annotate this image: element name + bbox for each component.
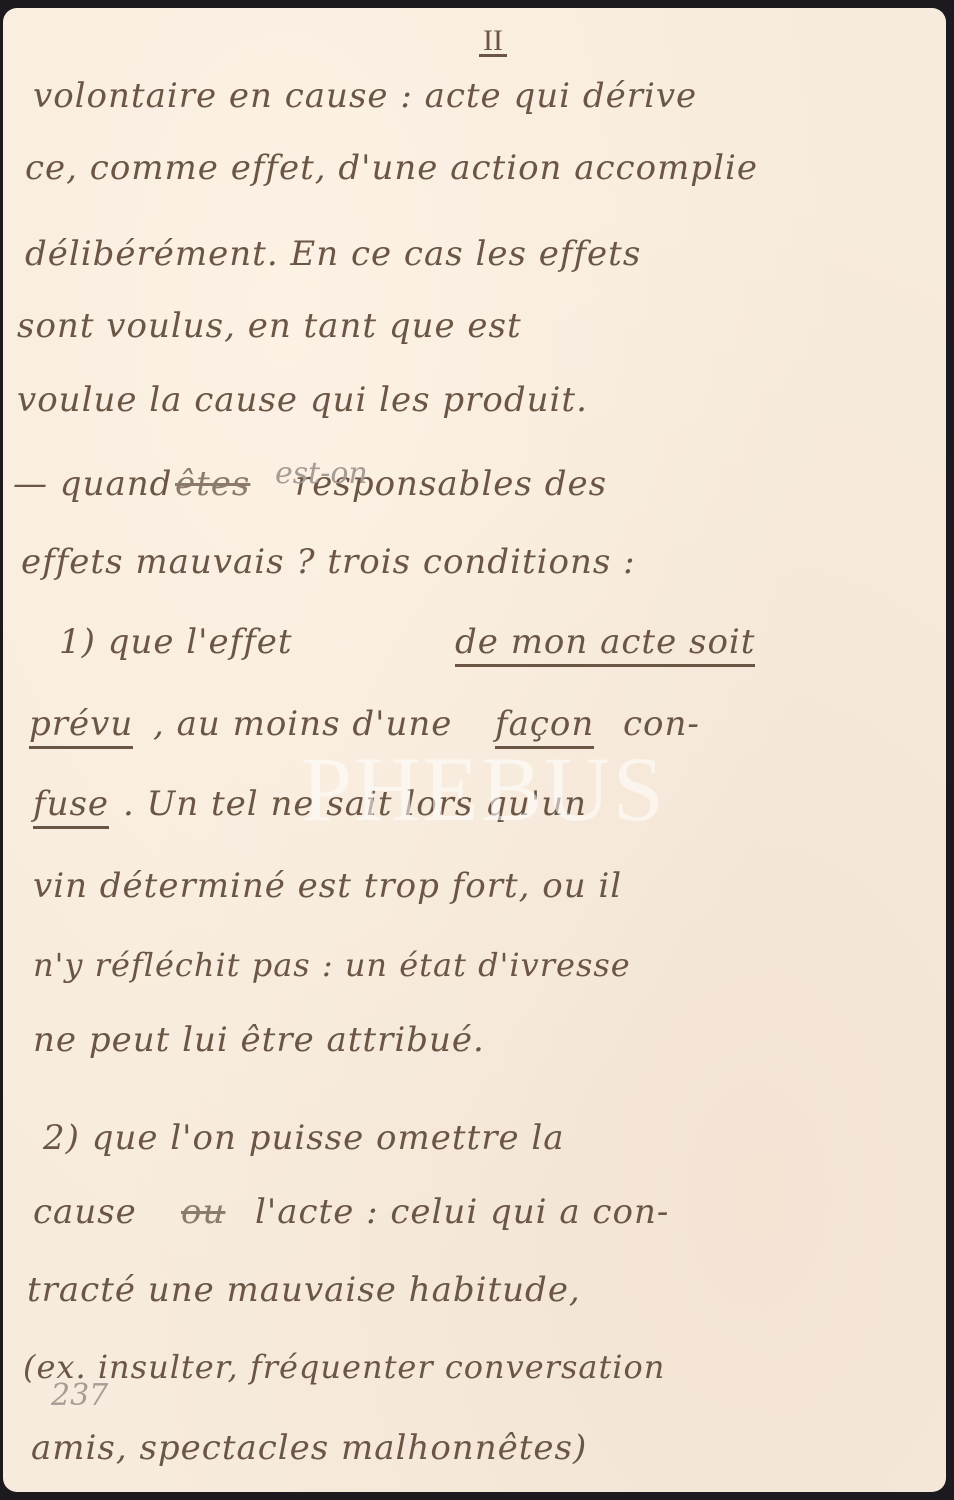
handwritten-line: (ex. insulter, fréquenter conversation bbox=[23, 1348, 665, 1386]
manuscript-card: II volontaire en cause : acte qui dérive… bbox=[3, 8, 946, 1492]
handwritten-line: 1) que l'effet bbox=[59, 622, 293, 662]
page-number-heading: II bbox=[479, 28, 507, 57]
handwritten-line: ce, comme effet, d'une action accomplie bbox=[25, 148, 758, 188]
struck-word: ou bbox=[181, 1192, 225, 1232]
underlined-phrase: prévu bbox=[29, 704, 133, 749]
handwritten-line: — quand bbox=[13, 464, 172, 504]
handwritten-line: voulue la cause qui les produit. bbox=[17, 380, 588, 420]
handwritten-line: con- bbox=[623, 704, 700, 744]
handwritten-line: l'acte : celui qui a con- bbox=[255, 1192, 669, 1232]
insertion-above-line: est-on bbox=[275, 456, 368, 491]
underlined-phrase: façon bbox=[495, 704, 594, 749]
margin-pencil-number: 237 bbox=[51, 1378, 108, 1413]
handwritten-line: 2) que l'on puisse omettre la bbox=[43, 1118, 565, 1158]
handwritten-line: amis, spectacles malhonnêtes) bbox=[31, 1428, 587, 1468]
handwritten-line: . Un tel ne sait lors qu'un bbox=[123, 784, 587, 824]
handwritten-line: effets mauvais ? trois conditions : bbox=[21, 542, 636, 582]
handwritten-line: volontaire en cause : acte qui dérive bbox=[33, 76, 697, 116]
handwritten-line: ne peut lui être attribué. bbox=[33, 1020, 485, 1060]
handwritten-line: , au moins d'une bbox=[153, 704, 452, 744]
handwritten-line: tracté une mauvaise habitude, bbox=[27, 1270, 581, 1310]
handwritten-line: n'y réfléchit pas : un état d'ivresse bbox=[33, 946, 631, 984]
handwritten-line: cause bbox=[33, 1192, 137, 1232]
underlined-phrase: fuse bbox=[33, 784, 109, 829]
handwritten-line: délibérément. En ce cas les effets bbox=[25, 234, 641, 274]
underlined-phrase: de mon acte soit bbox=[455, 622, 755, 667]
handwritten-line: sont voulus, en tant que est bbox=[17, 306, 522, 346]
struck-word: êtes bbox=[175, 464, 250, 504]
handwritten-line: vin déterminé est trop fort, ou il bbox=[33, 866, 622, 906]
